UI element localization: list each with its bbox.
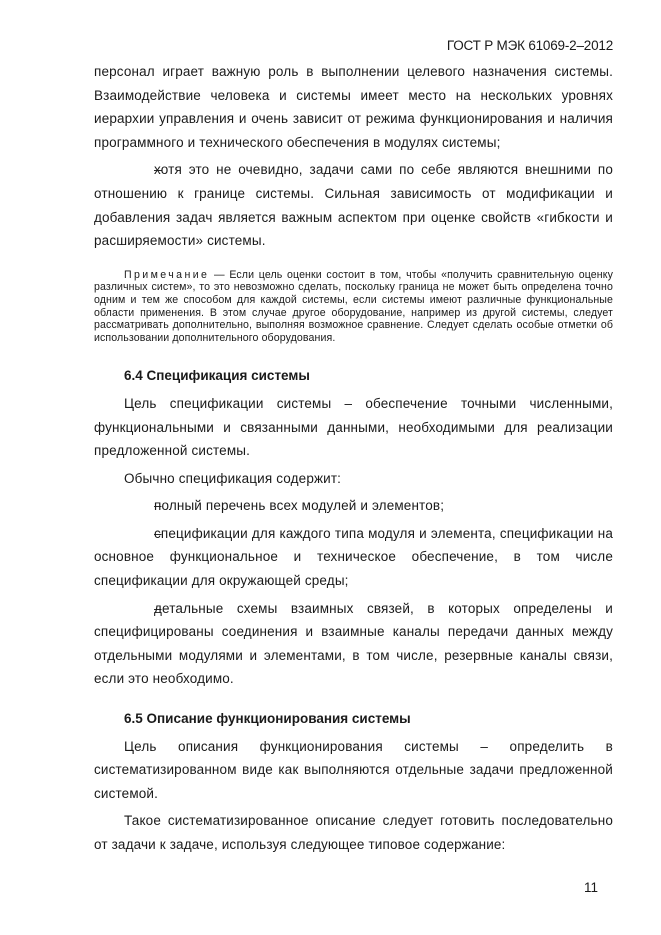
list-item: –полный перечень всех модулей и элементо… xyxy=(94,494,613,518)
note-block: Примечание — Если цель оценки состоит в … xyxy=(94,269,613,345)
list-item: –детальные схемы взаимных связей, в кото… xyxy=(94,597,613,691)
list-item-text: полный перечень всех модулей и элементов… xyxy=(154,498,444,513)
dash-marker: – xyxy=(124,158,154,182)
list-item-text: детальные схемы взаимных связей, в котор… xyxy=(94,601,613,687)
section-6-4-intro: Цель спецификации системы – обеспечение … xyxy=(94,392,613,463)
list-item: –спецификации для каждого типа модуля и … xyxy=(94,522,613,593)
note-dash: — xyxy=(209,269,229,281)
section-6-5-intro: Цель описания функционирования системы –… xyxy=(94,735,613,806)
section-heading-6-4: 6.4 Спецификация системы xyxy=(94,364,613,388)
dash-marker: – xyxy=(124,522,154,546)
note-label: Примечание xyxy=(124,269,209,281)
list-item-text: хотя это не очевидно, задачи сами по себ… xyxy=(94,162,613,248)
page-number: 11 xyxy=(584,880,598,895)
paragraph-continuation: персонал играет важную роль в выполнении… xyxy=(94,60,613,154)
section-heading-6-5: 6.5 Описание функционирования системы xyxy=(94,707,613,731)
document-id-header: ГОСТ Р МЭК 61069-2–2012 xyxy=(447,38,613,53)
list-item-text: спецификации для каждого типа модуля и э… xyxy=(94,526,613,588)
section-6-5-paragraph: Такое систематизированное описание следу… xyxy=(94,809,613,856)
dash-marker: – xyxy=(124,597,154,621)
page-content: персонал играет важную роль в выполнении… xyxy=(94,60,613,857)
document-page: ГОСТ Р МЭК 61069-2–2012 персонал играет … xyxy=(0,0,661,935)
list-item-dash: –хотя это не очевидно, задачи сами по се… xyxy=(94,158,613,252)
section-6-4-lead: Обычно спецификация содержит: xyxy=(94,467,613,491)
dash-marker: – xyxy=(124,494,154,518)
